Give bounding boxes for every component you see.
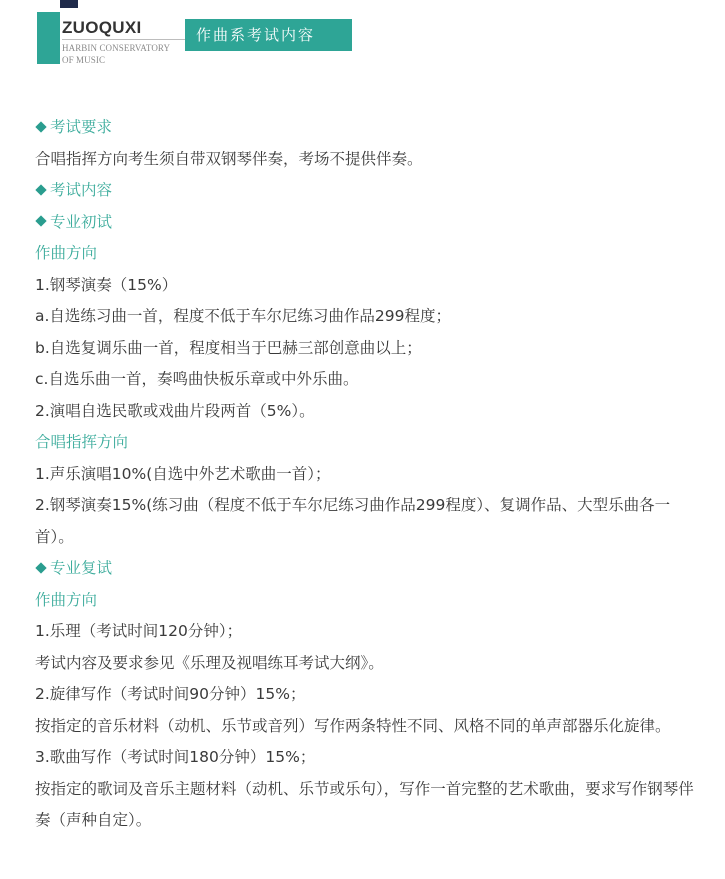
subheading-composition: 作曲方向: [35, 585, 695, 617]
logo-subtitle-line-1: HARBIN CONSERVATORY: [62, 42, 170, 54]
paragraph: 1.乐理（考试时间120分钟）；: [35, 616, 695, 648]
paragraph: b.自选复调乐曲一首，程度相当于巴赫三部创意曲以上；: [35, 333, 695, 365]
paragraph: 2.旋律写作（考试时间90分钟）15%；: [35, 679, 695, 711]
paragraph: 2.钢琴演奏15%(练习曲（程度不低于车尔尼练习曲作品299程度）、复调作品、大…: [35, 490, 695, 553]
paragraph: c.自选乐曲一首，奏鸣曲快板乐章或中外乐曲。: [35, 364, 695, 396]
logo-title: ZUOQUXI: [62, 19, 142, 37]
logo-navy-block: [60, 0, 78, 8]
paragraph: 考试内容及要求参见《乐理及视唱练耳考试大纲》。: [35, 648, 695, 680]
diamond-icon: [35, 121, 46, 132]
subheading-composition: 作曲方向: [35, 238, 695, 270]
paragraph: 2.演唱自选民歌或戏曲片段两首（5%）。: [35, 396, 695, 428]
paragraph: 合唱指挥方向考生须自带双钢琴伴奏，考场不提供伴奏。: [35, 144, 695, 176]
paragraph: a.自选练习曲一首，程度不低于车尔尼练习曲作品299程度；: [35, 301, 695, 333]
section-heading-retest: 专业复试: [35, 553, 695, 585]
page-title-banner: 作曲系考试内容: [185, 19, 352, 51]
paragraph: 1.声乐演唱10%(自选中外艺术歌曲一首）；: [35, 459, 695, 491]
paragraph: 按指定的歌词及音乐主题材料（动机、乐节或乐句），写作一首完整的艺术歌曲，要求写作…: [35, 774, 695, 837]
paragraph: 按指定的音乐材料（动机、乐节或音列）写作两条特性不同、风格不同的单声部器乐化旋律…: [35, 711, 695, 743]
logo-teal-block: [37, 12, 60, 64]
diamond-icon: [35, 562, 46, 573]
diamond-icon: [35, 184, 46, 195]
subheading-choral-conducting: 合唱指挥方向: [35, 427, 695, 459]
logo-divider: [62, 39, 186, 40]
section-heading-preliminary: 专业初试: [35, 207, 695, 239]
exam-content: 考试要求 合唱指挥方向考生须自带双钢琴伴奏，考场不提供伴奏。 考试内容 专业初试…: [35, 112, 695, 837]
logo-subtitle-line-2: OF MUSIC: [62, 54, 170, 66]
paragraph: 3.歌曲写作（考试时间180分钟）15%；: [35, 742, 695, 774]
section-heading-content: 考试内容: [35, 175, 695, 207]
diamond-icon: [35, 215, 46, 226]
logo-subtitle: HARBIN CONSERVATORY OF MUSIC: [62, 42, 170, 66]
paragraph: 1.钢琴演奏（15%）: [35, 270, 695, 302]
section-heading-requirements: 考试要求: [35, 112, 695, 144]
header: ZUOQUXI HARBIN CONSERVATORY OF MUSIC 作曲系…: [0, 0, 725, 80]
